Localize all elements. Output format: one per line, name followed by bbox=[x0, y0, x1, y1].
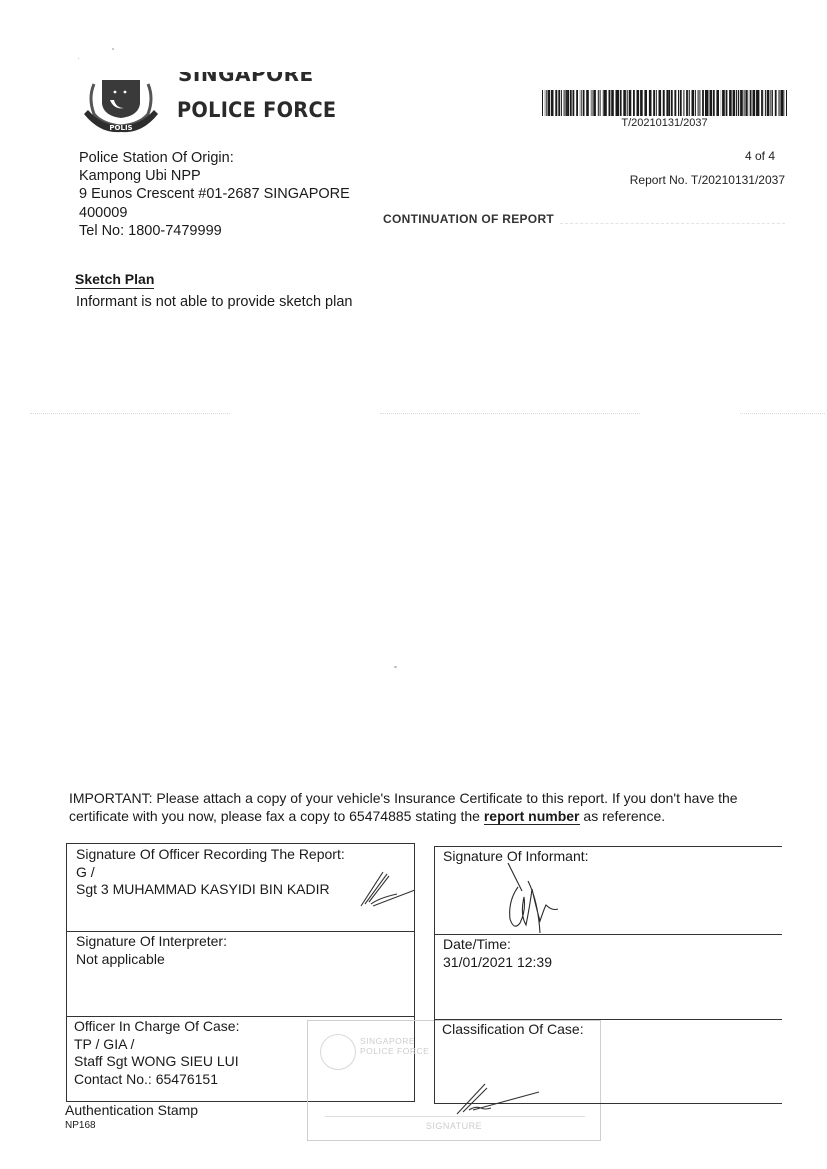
interpreter-field: Signature Of Interpreter: Not applicable bbox=[76, 933, 227, 968]
station-name: Kampong Ubi NPP bbox=[79, 167, 350, 185]
officer-in-charge-field: Officer In Charge Of Case: TP / GIA / St… bbox=[74, 1018, 239, 1088]
scan-speck bbox=[394, 666, 397, 668]
officer-recording-label: Signature Of Officer Recording The Repor… bbox=[76, 846, 345, 864]
scan-speck bbox=[78, 58, 79, 59]
notice-emphasis: report number bbox=[484, 808, 580, 825]
officer-in-charge-name: Staff Sgt WONG SIEU LUI bbox=[74, 1053, 239, 1071]
officer-in-charge-label: Officer In Charge Of Case: bbox=[74, 1018, 239, 1036]
classification-label: Classification Of Case: bbox=[442, 1021, 584, 1039]
barcode bbox=[542, 90, 787, 116]
datetime-value: 31/01/2021 12:39 bbox=[443, 954, 552, 972]
stamp-signature-label: SIGNATURE bbox=[307, 1121, 601, 1131]
section-title: CONTINUATION OF REPORT bbox=[383, 212, 554, 226]
logo-line2: POLICE FORCE bbox=[177, 98, 336, 122]
classification-field: Classification Of Case: bbox=[442, 1021, 584, 1039]
authentication-stamp-label: Authentication Stamp bbox=[65, 1102, 198, 1118]
station-info: Police Station Of Origin: Kampong Ubi NP… bbox=[79, 149, 350, 240]
svg-text:POLIS: POLIS bbox=[109, 124, 132, 132]
interpreter-value: Not applicable bbox=[76, 951, 227, 969]
station-address-line1: 9 Eunos Crescent #01-2687 SINGAPORE bbox=[79, 185, 350, 203]
page-indicator: 4 of 4 bbox=[745, 149, 775, 163]
datetime-label: Date/Time: bbox=[443, 936, 552, 954]
report-number: Report No. T/20210131/2037 bbox=[630, 173, 785, 187]
officer-recording-name: Sgt 3 MUHAMMAD KASYIDI BIN KADIR bbox=[76, 881, 345, 899]
divider bbox=[67, 1016, 414, 1017]
form-code: NP168 bbox=[65, 1120, 96, 1131]
officer-in-charge-contact: Contact No.: 65476151 bbox=[74, 1071, 239, 1089]
interpreter-label: Signature Of Interpreter: bbox=[76, 933, 227, 951]
police-crest-icon: POLIS bbox=[80, 78, 162, 136]
stamp-brand: SINGAPORE POLICE FORCE bbox=[360, 1036, 429, 1056]
informant-signature bbox=[500, 861, 570, 937]
station-address-line2: 400009 bbox=[79, 204, 350, 222]
important-notice: IMPORTANT: Please attach a copy of your … bbox=[69, 789, 789, 825]
scan-artifact bbox=[740, 413, 825, 414]
divider bbox=[67, 931, 414, 932]
stamp-signature bbox=[455, 1080, 545, 1116]
sketch-plan-text: Informant is not able to provide sketch … bbox=[76, 294, 352, 310]
station-label: Police Station Of Origin: bbox=[79, 149, 350, 167]
logo-line1: SINGAPORE bbox=[178, 72, 314, 88]
scan-artifact bbox=[30, 413, 230, 414]
scan-speck bbox=[112, 48, 114, 50]
officer-recording-field: Signature Of Officer Recording The Repor… bbox=[76, 846, 345, 899]
stamp-seal-icon bbox=[320, 1034, 356, 1070]
station-tel: Tel No: 1800-7479999 bbox=[79, 222, 350, 240]
informant-details-box: Signature Of Informant: Date/Time: 31/01… bbox=[434, 846, 782, 1104]
officer-recording-unit: G / bbox=[76, 864, 345, 882]
datetime-field: Date/Time: 31/01/2021 12:39 bbox=[443, 936, 552, 971]
sketch-plan-title: Sketch Plan bbox=[75, 271, 154, 289]
scan-artifact bbox=[380, 413, 640, 414]
officer-signature bbox=[357, 868, 417, 908]
section-title-rule bbox=[560, 223, 785, 224]
stamp-signature-rule bbox=[325, 1116, 585, 1117]
divider bbox=[435, 1019, 782, 1020]
officer-in-charge-unit: TP / GIA / bbox=[74, 1036, 239, 1054]
divider bbox=[435, 934, 782, 935]
barcode-text: T/20210131/2037 bbox=[542, 117, 787, 129]
